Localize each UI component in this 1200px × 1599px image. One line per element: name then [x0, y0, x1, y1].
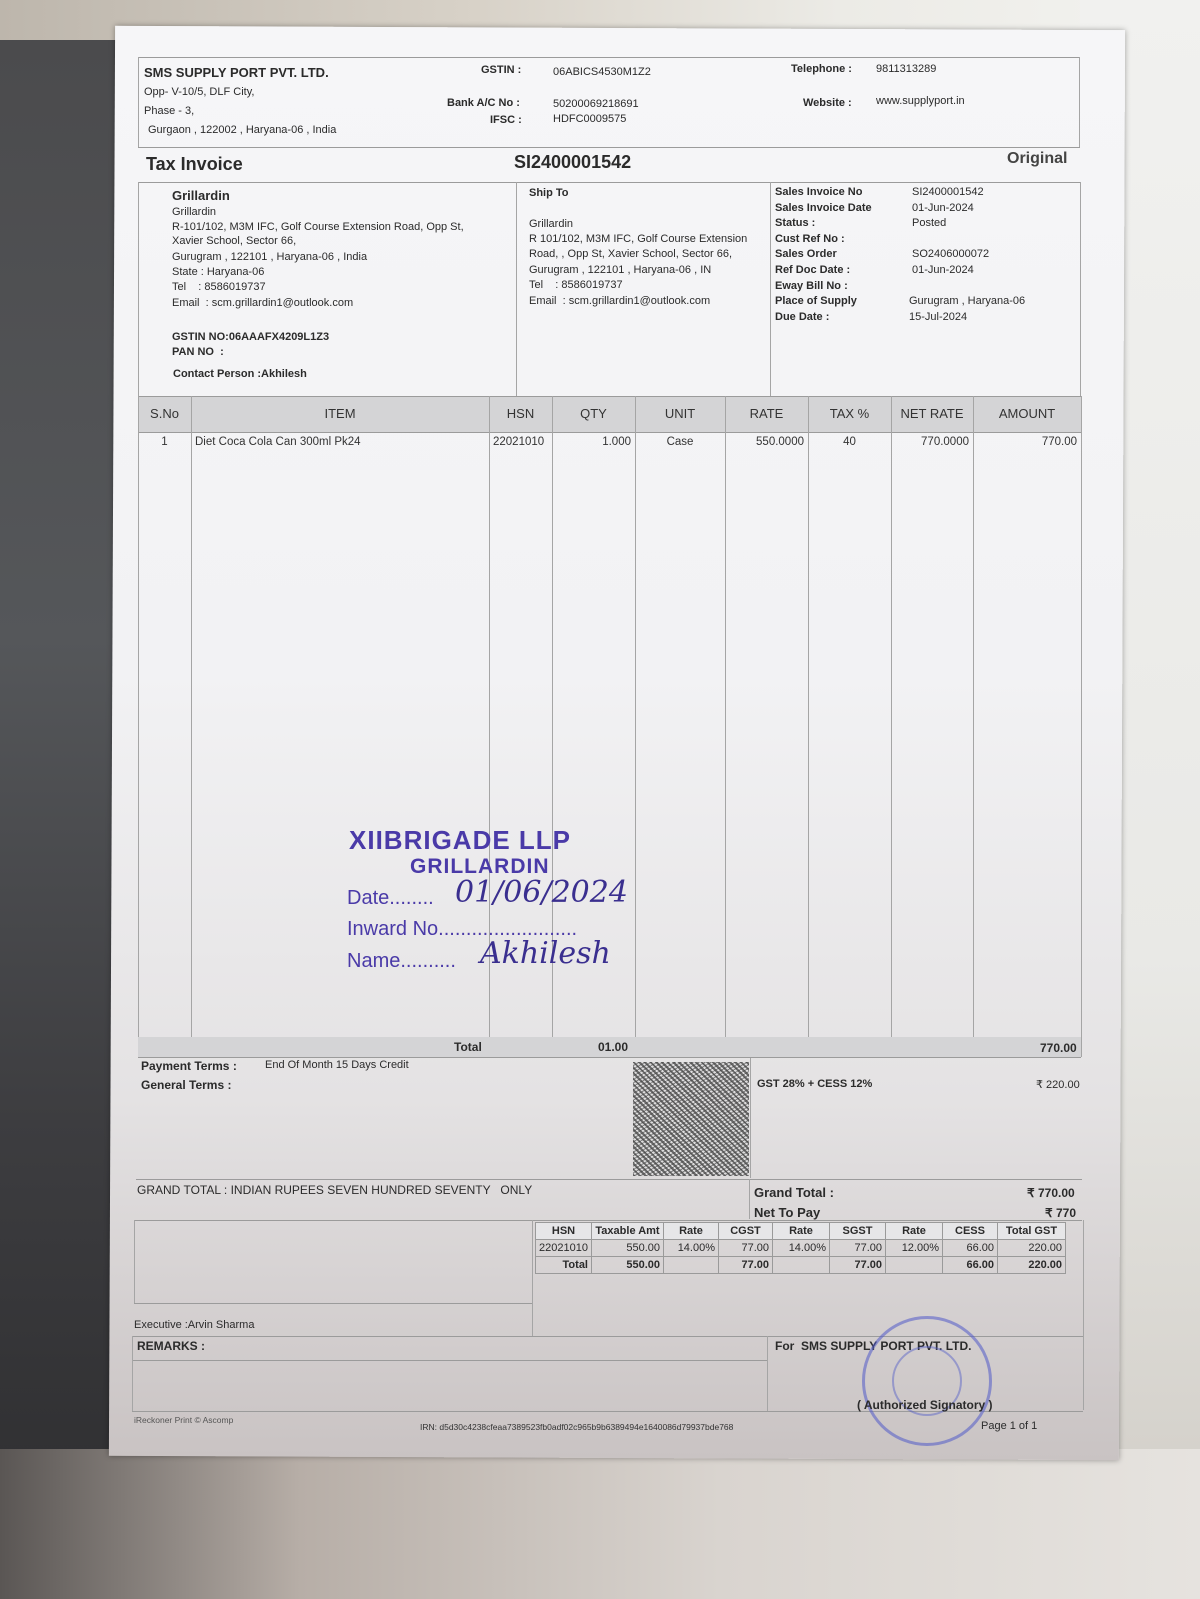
bill-to-line: R-101/102, M3M IFC, Golf Course Extensio…: [172, 221, 464, 233]
ship-to-line: Gurugram , 122101 , Haryana-06 , IN: [529, 264, 711, 276]
total-qty: 01.00: [598, 1040, 628, 1054]
column-divider: [191, 396, 192, 1057]
gst-column-header: Rate: [664, 1223, 719, 1240]
gst-total-cell: 77.00: [719, 1257, 773, 1274]
gst-column-header: Taxable Amt: [592, 1223, 664, 1240]
bill-to-line: Tel : 8586019737: [172, 281, 266, 293]
gst-cell: 14.00%: [664, 1240, 719, 1257]
meta-value: SI2400001542: [912, 186, 984, 198]
gst-total-cell: [664, 1257, 719, 1274]
stamp-date-label: Date........: [347, 887, 434, 910]
grand-total-value: ₹ 770.00: [1027, 1186, 1075, 1200]
payment-terms-value: End Of Month 15 Days Credit: [265, 1059, 409, 1071]
column-header: QTY: [552, 406, 635, 421]
gst-cell: 66.00: [943, 1240, 998, 1257]
meta-label: Ref Doc Date :: [775, 264, 850, 276]
bill-to-pan: PAN NO :: [172, 346, 224, 358]
column-divider: [808, 396, 809, 1057]
column-header: ITEM: [191, 406, 489, 421]
ship-to-label: Ship To: [529, 187, 569, 199]
gst-summary-value: ₹ 220.00: [1036, 1078, 1080, 1091]
authorized-signatory: ( Authorized Signatory ): [857, 1398, 993, 1412]
cell-hsn: 22021010: [493, 436, 548, 448]
column-header: NET RATE: [891, 406, 973, 421]
page-number: Page 1 of 1: [981, 1420, 1037, 1432]
gstin-value: 06ABICS4530M1Z2: [553, 66, 651, 78]
ifsc-label: IFSC :: [490, 114, 522, 126]
gst-column-header: CESS: [943, 1223, 998, 1240]
gst-cell: 77.00: [719, 1240, 773, 1257]
bill-to-line: Xavier School, Sector 66,: [172, 235, 296, 247]
meta-value: SO2406000072: [912, 248, 989, 260]
company-address-line: Phase - 3,: [144, 105, 194, 117]
bank-label: Bank A/C No :: [447, 97, 520, 109]
column-header: AMOUNT: [973, 406, 1081, 421]
column-header: S.No: [138, 406, 191, 421]
payment-terms-label: Payment Terms :: [141, 1059, 237, 1073]
column-divider: [635, 396, 636, 1057]
bill-to-line: State : Haryana-06: [172, 266, 264, 278]
executive-name: Executive :Arvin Sharma: [134, 1319, 254, 1331]
amount-in-words: GRAND TOTAL : INDIAN RUPEES SEVEN HUNDRE…: [137, 1183, 532, 1197]
gst-total-cell: 66.00: [943, 1257, 998, 1274]
meta-value: 01-Jun-2024: [912, 202, 974, 214]
cell-item: Diet Coca Cola Can 300ml Pk24: [195, 436, 485, 448]
telephone-value: 9811313289: [876, 63, 936, 75]
cell-sno: 1: [142, 436, 187, 448]
stamp-name-label: Name..........: [347, 950, 456, 973]
net-to-pay-label: Net To Pay: [754, 1205, 820, 1220]
document-title: Tax Invoice: [146, 154, 243, 175]
ship-to-line: Email : scm.grillardin1@outlook.com: [529, 295, 710, 307]
meta-label: Eway Bill No :: [775, 280, 848, 292]
column-divider: [973, 396, 974, 1057]
bill-to-line: Email : scm.grillardin1@outlook.com: [172, 297, 353, 309]
ship-to-line: R 101/102, M3M IFC, Golf Course Extensio…: [529, 233, 747, 245]
gst-cell: 22021010: [536, 1240, 592, 1257]
bill-to-line: Gurugram , 122101 , Haryana-06 , India: [172, 251, 367, 263]
gst-total-cell: [773, 1257, 830, 1274]
meta-label: Cust Ref No :: [775, 233, 845, 245]
ship-to-line: Tel : 8586019737: [529, 279, 623, 291]
gst-summary-label: GST 28% + CESS 12%: [757, 1078, 872, 1090]
website-label: Website :: [803, 97, 852, 109]
general-terms-label: General Terms :: [141, 1078, 231, 1092]
meta-label: Sales Invoice Date: [775, 202, 872, 214]
gst-column-header: HSN: [536, 1223, 592, 1240]
gst-cell: 77.00: [830, 1240, 886, 1257]
ship-to-line: Grillardin: [529, 218, 573, 230]
gst-total-cell: [886, 1257, 943, 1274]
column-header: UNIT: [635, 406, 725, 421]
gst-column-header: Rate: [886, 1223, 943, 1240]
total-amount: 770.00: [1040, 1041, 1077, 1055]
column-header: HSN: [489, 406, 552, 421]
gst-total-cell: 550.00: [592, 1257, 664, 1274]
company-address-line: Opp- V-10/5, DLF City,: [144, 86, 254, 98]
company-address-line: Gurgaon , 122002 , Haryana-06 , India: [148, 124, 336, 136]
gst-cell: 220.00: [998, 1240, 1066, 1257]
gstin-label: GSTIN :: [481, 64, 521, 76]
stamp-company: XIIBRIGADE LLP: [349, 825, 571, 856]
meta-label: Sales Invoice No: [775, 186, 862, 198]
print-credit: iReckoner Print © Ascomp: [134, 1415, 233, 1425]
bill-to-name: Grillardin: [172, 188, 230, 203]
gst-total-cell: Total: [536, 1257, 592, 1274]
meta-label: Place of Supply: [775, 295, 857, 307]
column-header: RATE: [725, 406, 808, 421]
gst-column-header: Rate: [773, 1223, 830, 1240]
meta-label: Due Date :: [775, 311, 829, 323]
website-link[interactable]: www.supplyport.in: [876, 95, 965, 107]
column-divider: [891, 396, 892, 1057]
cell-rate: 550.0000: [729, 436, 804, 448]
cell-net-rate: 770.0000: [895, 436, 969, 448]
cell-amount: 770.00: [977, 436, 1077, 448]
stamp-date-handwritten: 01/06/2024: [455, 875, 628, 910]
cell-unit: Case: [639, 436, 721, 448]
meta-value: 15-Jul-2024: [909, 311, 967, 323]
ship-to-line: Road, , Opp St, Xavier School, Sector 66…: [529, 248, 732, 260]
gst-total-cell: 77.00: [830, 1257, 886, 1274]
telephone-label: Telephone :: [791, 63, 852, 75]
company-name: SMS SUPPLY PORT PVT. LTD.: [144, 65, 329, 80]
gst-breakup-table: HSNTaxable AmtRateCGSTRateSGSTRateCESSTo…: [535, 1222, 1066, 1274]
gst-column-header: Total GST: [998, 1223, 1066, 1240]
bank-value: 50200069218691: [553, 98, 639, 110]
stamp-name-handwritten: Akhilesh: [480, 936, 611, 971]
column-header: TAX %: [808, 406, 891, 421]
meta-label: Sales Order: [775, 248, 837, 260]
cell-tax: 40: [812, 436, 887, 448]
invoice-number-heading: SI2400001542: [514, 152, 631, 173]
e-invoice-qr-code: [633, 1062, 749, 1176]
gst-column-header: SGST: [830, 1223, 886, 1240]
meta-label: Status :: [775, 217, 815, 229]
gst-cell: 550.00: [592, 1240, 664, 1257]
irn-number: IRN: d5d30c4238cfeaa7389523fb0adf02c965b…: [420, 1422, 733, 1432]
meta-value: Gurugram , Haryana-06: [909, 295, 1025, 307]
column-divider: [725, 396, 726, 1057]
gst-total-cell: 220.00: [998, 1257, 1066, 1274]
photo-background-bottom: [0, 1449, 1200, 1599]
bill-to-gstin: GSTIN NO:06AAAFX4209L1Z3: [172, 331, 329, 343]
gst-cell: 12.00%: [886, 1240, 943, 1257]
remarks-label: REMARKS :: [137, 1339, 205, 1353]
grand-total-label: Grand Total :: [754, 1185, 834, 1200]
net-to-pay-value: ₹ 770: [1045, 1206, 1076, 1220]
copy-type: Original: [1007, 150, 1067, 168]
gst-total-row: Total550.0077.0077.0066.00220.00: [536, 1257, 1066, 1274]
ifsc-value: HDFC0009575: [553, 113, 626, 125]
gst-row: 22021010550.0014.00%77.0014.00%77.0012.0…: [536, 1240, 1066, 1257]
gst-cell: 14.00%: [773, 1240, 830, 1257]
gst-column-header: CGST: [719, 1223, 773, 1240]
bill-to-line: Grillardin: [172, 206, 216, 218]
meta-value: Posted: [912, 217, 946, 229]
meta-value: 01-Jun-2024: [912, 264, 974, 276]
total-label: Total: [454, 1040, 482, 1054]
cell-qty: 1.000: [556, 436, 631, 448]
contact-person: Contact Person :Akhilesh: [173, 368, 307, 380]
